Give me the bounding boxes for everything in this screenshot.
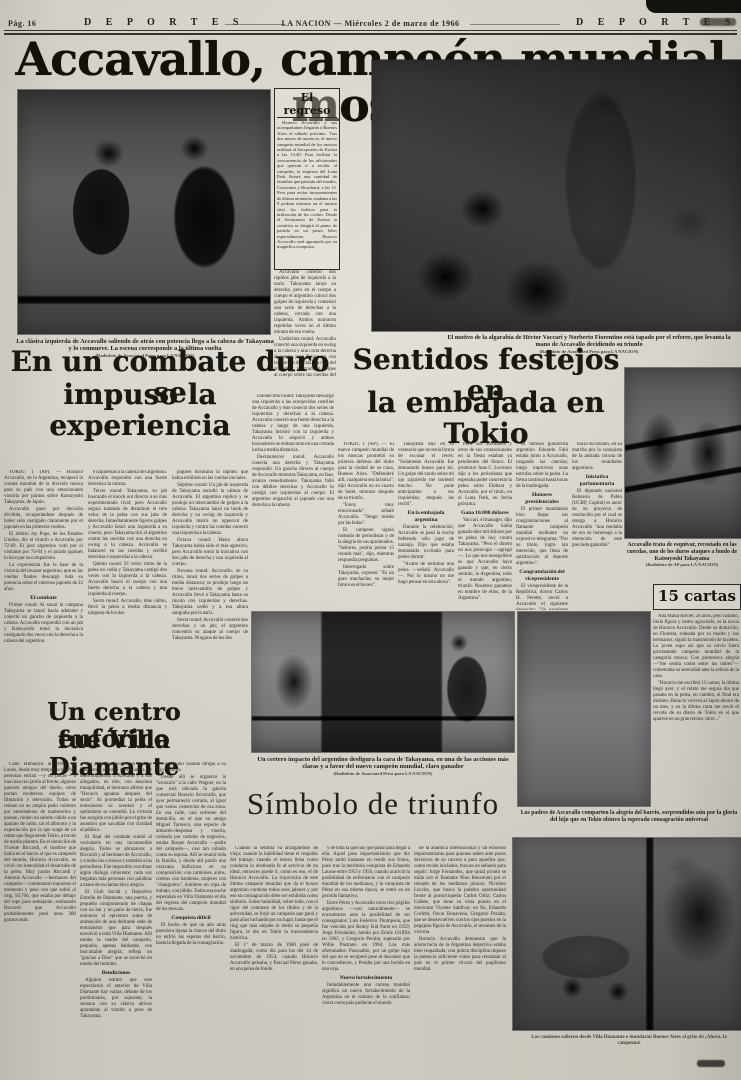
combate-headline-line2: impuso la experiencia [0, 379, 280, 441]
column-subhead: Conquista difícil [156, 915, 226, 922]
column-paragraph: "Horacio me escribió 15 cartas; la últim… [653, 681, 739, 723]
column-subhead: Honores presidenciales [516, 492, 568, 506]
column-paragraph: El Club Social y Deportivo Estrella de D… [80, 890, 152, 968]
column-paragraph: Indudablemente una corona mundial signif… [322, 983, 410, 1007]
column-subhead: El combate [4, 595, 83, 602]
simbolo-column-3: de la analítica internacional y un esfue… [414, 846, 506, 1074]
masthead-rule-thin [4, 30, 737, 31]
column-paragraph: Calle Himalaya al 2000, en Lanús, desde … [4, 762, 76, 924]
centro-column-1: Calle Himalaya al 2000, en Lanús, desde … [4, 762, 76, 1068]
punch-photo-credit: (Radiofoto de Associated Press para LA N… [250, 771, 516, 777]
ropes-photo-caption: Accavallo trata de esquivar, recostado e… [623, 542, 741, 562]
column-paragraph: Entre Pérez y Accavallo otros tres púgil… [322, 901, 410, 973]
festejos-column-1: TOKIO, 1 (AP). — El nuevo campeón mundia… [338, 442, 394, 610]
column-paragraph: Accavallo ganó por decisión dividida, re… [4, 507, 83, 531]
el-regreso-title: El regreso [277, 91, 337, 118]
photo-ropes-attack [625, 368, 741, 538]
ink-smudge-masthead [700, 18, 736, 26]
column-paragraph: TOKIO, 1 (AP). — El nuevo campeón mundia… [338, 442, 394, 502]
column-paragraph: púgiles mostraba la rapidez que había ex… [172, 470, 248, 482]
column-paragraph: El vicepresidente de la República, docto… [516, 584, 568, 610]
combate-column-2: e izquierdas a la cabeza del argentino. … [88, 470, 167, 688]
combate-column-1: TOKIO, 1 (AP). — Horacio Accavallo, de l… [4, 470, 83, 688]
column-paragraph: El primer mandatario hizo llegar sus con… [516, 507, 568, 567]
column-subhead: Nuevo fortalecimiento [322, 975, 410, 982]
punch-photo-caption: Un certero impacto del argentino desfigu… [250, 756, 516, 771]
festejos-column-3: Pero sus auxiliares y otros de sus conna… [458, 442, 512, 610]
column-paragraph: Los primeros rounds, en los que Takayama… [80, 762, 152, 834]
photo-street-trucks [513, 838, 741, 1030]
column-paragraph: Accavallo conectó dos rápidos jabs de iz… [274, 270, 336, 336]
column-paragraph: Cuando la semilla va arraigándose de vie… [230, 846, 318, 942]
column-paragraph: "Acabo de terminar una pelea —señaló Acc… [398, 562, 454, 586]
column-paragraph: Desde allí se organizó la "invasión" a l… [156, 775, 226, 913]
column-paragraph: El famoso guitarrista argentino Eduardo … [516, 442, 568, 490]
el-regreso-box: El regreso Horacio Accavallo y sus acomp… [274, 88, 340, 270]
column-paragraph: La experiencia fue la base de la victori… [4, 563, 83, 593]
faces-photo-caption: Los padres de Accavallo comparten la ale… [518, 810, 740, 824]
ink-smudge-bottom-right [697, 1060, 725, 1067]
column-paragraph: e izquierdas a la cabeza del argentino. … [88, 470, 167, 488]
column-subhead: En la embajada argentina [398, 510, 454, 524]
ropes-photo-credit: (Radiofoto de AP para LA NACION) [623, 562, 741, 568]
column-paragraph: Octava round: Hasta ahora Takayama había… [172, 538, 248, 568]
column-paragraph: cho alguno cuando dirigía a su hijo Anto… [156, 762, 226, 774]
column-paragraph: El diputado nacional Belisario de Pablo … [572, 489, 622, 549]
column-paragraph: Tercer round: Takayama, su jab buscando … [88, 489, 167, 561]
combate-column-3: púgiles mostraba la rapidez que había ex… [172, 470, 248, 688]
column-subhead: Congratulación del vicepresidente [516, 569, 568, 583]
cartas-column: Ana María Bovier, 26 años, pelo castaño,… [653, 614, 739, 832]
festejos-column-4: El famoso guitarrista argentino Eduardo … [516, 442, 568, 610]
combate-column-4: Duodécimo round: Takayama descargó una i… [252, 394, 334, 610]
column-paragraph: TOKIO, 1 (AP). — Horacio Accavallo, de l… [4, 470, 83, 506]
column-paragraph: Alguien estimó que este espectáculo el a… [80, 978, 152, 1020]
column-paragraph: hacia Accavallo, en su marcha por la con… [572, 442, 622, 472]
column-paragraph: Duodécimo round: Takayama descargó una i… [252, 394, 334, 454]
festejos-column-2: Takayama dijo en su vestuario que no ten… [398, 442, 454, 610]
column-paragraph: Interrogado sobre Takayama, expresó: "Es… [338, 565, 394, 589]
column-paragraph: El árbitro Jay Pope, de los Estados Unid… [4, 532, 83, 562]
column-paragraph: El hecho de que un año atrás pareciera l… [156, 923, 226, 947]
column-paragraph: Horacio Accavallo y sus acompañantes lle… [277, 120, 337, 250]
column-paragraph: Takayama dijo en su vestuario que no ten… [398, 442, 454, 508]
column-subhead: Iniciativa parlamentaria [572, 474, 622, 488]
column-paragraph: Decimotercer round: Accavallo conecta un… [252, 455, 334, 509]
centro-column-3: cho alguno cuando dirigía a su hijo Anto… [156, 762, 226, 1068]
column-paragraph: Horacio Accavallo demuestra que la arist… [414, 937, 506, 973]
column-paragraph: Pero sus auxiliares y otros de sus conna… [458, 442, 512, 508]
column-paragraph: Quinto round: El veloz ritmo de la pelea… [88, 562, 167, 598]
festejos-column-5: hacia Accavallo, en su marcha por la con… [572, 442, 622, 610]
column-paragraph: Séptimo round: Un jab de izquierda de Ta… [172, 483, 248, 537]
newspaper-page: { "masthead": { "page_no": "Pág. 16", "s… [0, 0, 741, 1080]
column-subhead: Bendiciones [80, 970, 152, 977]
simbolo-column-1: Cuando la semilla va arraigándose de vie… [230, 846, 318, 1074]
festejos-headline-line2: la embajada en Tokio [336, 387, 636, 449]
column-subhead: Gana 10.000 dólares [458, 510, 512, 517]
column-paragraph: de la analítica internacional y un esfue… [414, 846, 506, 936]
photo-fight-left [18, 90, 270, 334]
centro-column-2: Los primeros rounds, en los que Takayama… [80, 762, 152, 1068]
column-paragraph: Sexta round: Accavallo conectó dos derec… [172, 618, 248, 642]
column-paragraph: "Estoy muy emocionado", señaló Accavallo… [338, 503, 394, 527]
photo-punch-impact [252, 612, 514, 752]
ink-smudge-top-right [646, 0, 741, 13]
el-regreso-body: Horacio Accavallo y sus acompañantes lle… [277, 120, 337, 270]
street-photo-caption: Los camiones salieron desde Villa Diaman… [520, 1035, 738, 1047]
photo-family-celebration [518, 612, 650, 806]
column-paragraph: Primer round: Al sonar la campana Takaya… [4, 603, 83, 645]
column-paragraph: Vaccari, el manager, dijo que Accavallo … [458, 518, 512, 602]
photo-victory-celebration [372, 60, 741, 331]
cartas-box: 15 cartas [653, 584, 741, 610]
cartas-title: 15 cartas [654, 585, 740, 608]
column-paragraph: Novena round: Accavallo, en su ritmo, la… [172, 569, 248, 617]
simbolo-column-2: y de toda la que hay que pasar para lleg… [322, 846, 410, 1074]
simbolo-headline: Símbolo de triunfo [234, 788, 512, 820]
column-paragraph: El campeón siguió rodeado de periodistas… [338, 528, 394, 564]
column-paragraph: Sexto round: Accavallo, más calmo, llevó… [88, 599, 167, 617]
column-paragraph: y de toda la que hay que pasar para lleg… [322, 846, 410, 900]
column-paragraph: El final del combate sumió al vecindario… [80, 835, 152, 889]
column-paragraph: Ana María Bovier, 26 años, pelo castaño,… [653, 614, 739, 680]
masthead-dash-right [470, 24, 560, 25]
column-paragraph: Durante la celebración, Accavallo se pas… [398, 525, 454, 561]
column-paragraph: El 1º de marzo de 1966 pasó de madrugada… [230, 943, 318, 973]
